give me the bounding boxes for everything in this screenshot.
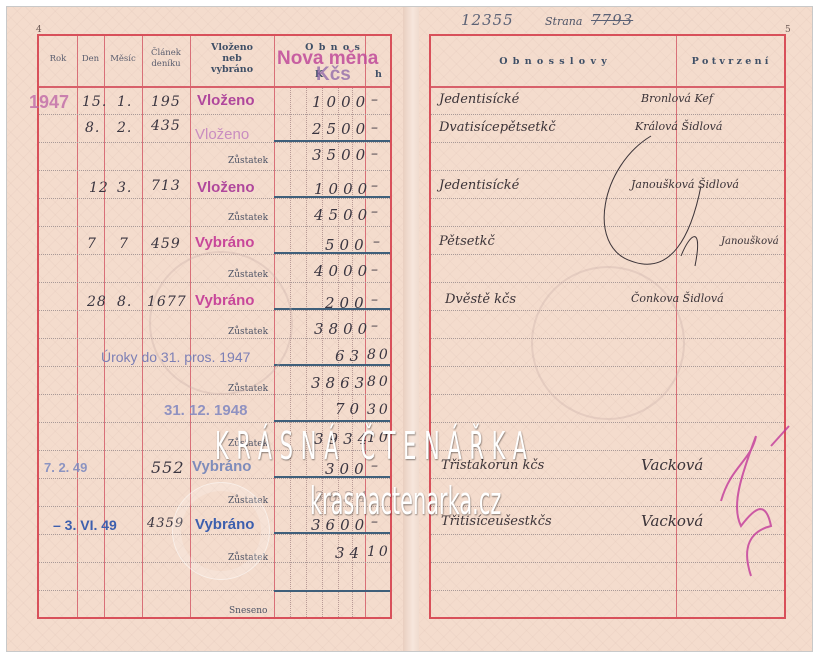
amount-in-words: Dvatisícepětsetkč [439, 120, 556, 135]
entry-type-stamp: Vloženo [197, 92, 255, 109]
amount-in-words: Dvěstě kčs [445, 292, 516, 307]
entry-type-stamp: Vloženo [197, 179, 255, 196]
amount-in-words: Pětsetkč [439, 234, 495, 249]
passbook-spread: 4 Rok Den Měsíc Článek deníku Vloženo [6, 6, 813, 652]
date-stamp-1948: 31. 12. 1948 [164, 402, 247, 419]
background-emblem [149, 251, 293, 395]
year-stamp: 1947 [29, 92, 69, 113]
confirmation-signature: Čonkova Šidlová [631, 292, 724, 305]
carried-forward-label: Sneseno [229, 606, 267, 616]
account-number: 12355 [461, 11, 514, 29]
left-page: 4 Rok Den Měsíc Článek deníku Vloženo [7, 7, 409, 651]
entry-type-stamp: Vybráno [195, 234, 254, 251]
confirmation-signature: Janoušková [721, 236, 779, 247]
date-stamp: – 3. VI. 49 [53, 517, 117, 533]
header-obnos-slovy: O b n o s s l o v y [431, 56, 676, 67]
right-page: 12355 Strana 7793 5 O b n o s s l o v y … [419, 7, 812, 651]
magenta-check-mark [711, 406, 791, 586]
embossed-seal [172, 482, 270, 580]
background-emblem [531, 266, 685, 420]
amount-in-words: Jedentisícké [439, 178, 519, 193]
signature-loop [591, 126, 711, 276]
confirmation-signature: Bronlová Kef [641, 92, 713, 105]
watermark-url: krasnactenarka.cz [310, 479, 501, 523]
header-den: Den [77, 54, 104, 65]
header-vlozeno: Vloženo neb vybráno [190, 42, 274, 75]
strana-value: 7793 [591, 11, 633, 29]
date-stamp: 7. 2. 49 [44, 460, 87, 475]
watermark-title: KRÁSNÁ ČTENÁŘKA [215, 424, 535, 468]
confirmation-signature: Vacková [641, 456, 703, 474]
amount-in-words: Jedentisícké [439, 92, 519, 107]
ledger-table: Rok Den Měsíc Článek deníku Vloženo neb … [37, 34, 392, 619]
confirmation-signature: Vacková [641, 512, 703, 530]
header-potvrzeni: P o t v r z e n í [676, 56, 784, 67]
header-h: h [365, 69, 392, 80]
strana-label: Strana [545, 15, 582, 28]
entry-type-stamp: Vloženo [195, 126, 249, 143]
header-clanek: Článek deníku [142, 48, 190, 70]
words-confirmation-table: O b n o s s l o v y P o t v r z e n í [429, 34, 786, 619]
header-mesic: Měsíc [104, 54, 142, 65]
header-rok: Rok [39, 54, 77, 65]
currency-kcs-stamp: Kčs [316, 64, 351, 86]
